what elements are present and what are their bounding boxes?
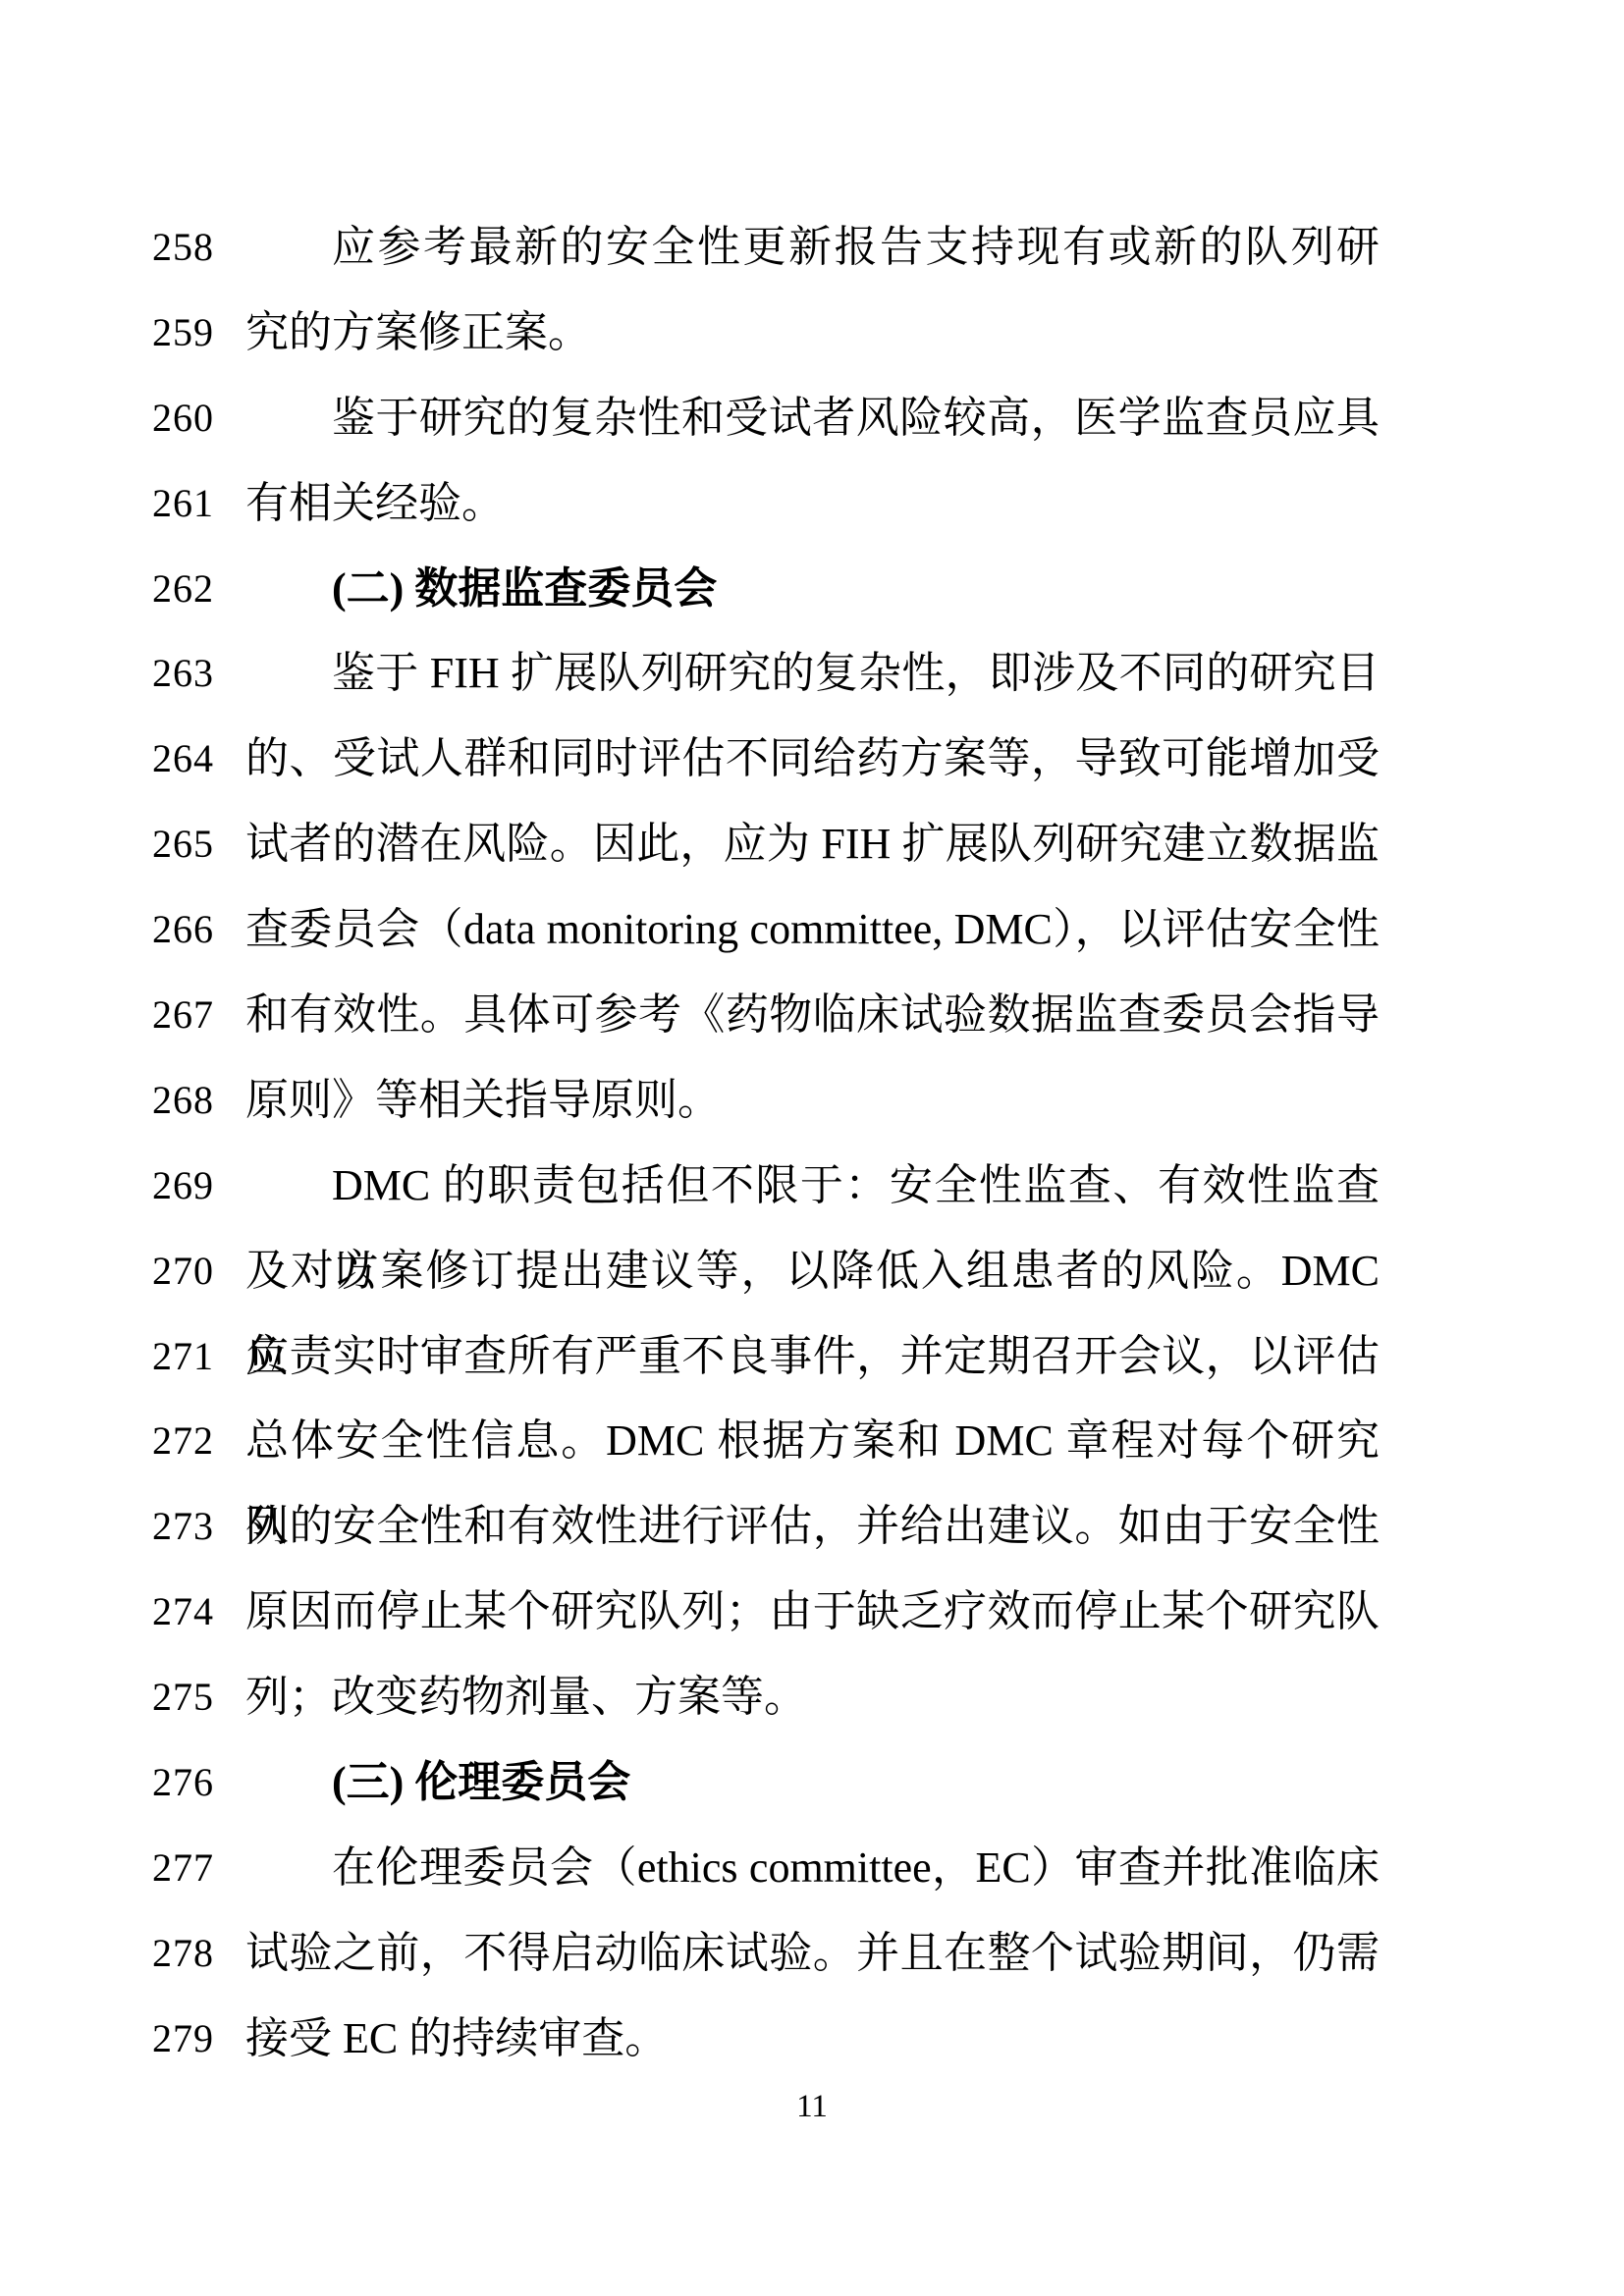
line-number: 277 bbox=[152, 1825, 214, 1910]
line-text: 和有效性。具体可参考《药物临床试验数据监查委员会指导 bbox=[245, 972, 1380, 1057]
document-line: 267 和有效性。具体可参考《药物临床试验数据监查委员会指导 bbox=[0, 972, 1624, 1057]
document-line: 269 DMC 的职责包括但不限于：安全性监查、有效性监查以 bbox=[0, 1143, 1624, 1228]
line-text: 有相关经验。 bbox=[245, 460, 1380, 546]
document-line: 261 有相关经验。 bbox=[0, 460, 1624, 546]
line-number: 271 bbox=[152, 1313, 214, 1399]
line-text: 在伦理委员会（ethics committee，EC）审查并批准临床 bbox=[245, 1825, 1380, 1910]
line-number: 258 bbox=[152, 204, 214, 290]
document-line: 274 原因而停止某个研究队列；由于缺乏疗效而停止某个研究队 bbox=[0, 1569, 1624, 1654]
line-text: 试者的潜在风险。因此，应为 FIH 扩展队列研究建立数据监 bbox=[245, 801, 1380, 886]
page-number: 11 bbox=[0, 2064, 1624, 2150]
line-number: 275 bbox=[152, 1654, 214, 1739]
section-heading-text: (二) 数据监查委员会 bbox=[245, 546, 1380, 631]
document-line: 277 在伦理委员会（ethics committee，EC）审查并批准临床 bbox=[0, 1825, 1624, 1910]
document-line: 278 试验之前，不得启动临床试验。并且在整个试验期间，仍需 bbox=[0, 1910, 1624, 1996]
line-text: 列；改变药物剂量、方案等。 bbox=[245, 1654, 1380, 1739]
line-text: 查委员会（data monitoring committee, DMC），以评估… bbox=[245, 886, 1380, 972]
line-text: 负责实时审查所有严重不良事件，并定期召开会议，以评估 bbox=[245, 1313, 1380, 1399]
line-number: 278 bbox=[152, 1910, 214, 1996]
line-number: 270 bbox=[152, 1228, 214, 1313]
line-text: 究的方案修正案。 bbox=[245, 290, 1380, 375]
document-line: 270 及对方案修订提出建议等，以降低入组患者的风险。DMC 应 bbox=[0, 1228, 1624, 1313]
line-text: 鉴于 FIH 扩展队列研究的复杂性，即涉及不同的研究目 bbox=[245, 630, 1380, 716]
document-line: 258 应参考最新的安全性更新报告支持现有或新的队列研 bbox=[0, 204, 1624, 290]
line-number: 262 bbox=[152, 546, 214, 631]
line-number: 264 bbox=[152, 716, 214, 801]
line-number: 263 bbox=[152, 630, 214, 716]
line-text: 试验之前，不得启动临床试验。并且在整个试验期间，仍需 bbox=[245, 1910, 1380, 1996]
section-heading-line: 276 (三) 伦理委员会 bbox=[0, 1739, 1624, 1825]
section-heading-line: 262 (二) 数据监查委员会 bbox=[0, 546, 1624, 631]
line-text: 列的安全性和有效性进行评估，并给出建议。如由于安全性 bbox=[245, 1483, 1380, 1569]
line-number: 268 bbox=[152, 1057, 214, 1143]
document-line: 263 鉴于 FIH 扩展队列研究的复杂性，即涉及不同的研究目 bbox=[0, 630, 1624, 716]
line-text: 的、受试人群和同时评估不同给药方案等，导致可能增加受 bbox=[245, 716, 1380, 801]
line-number: 274 bbox=[152, 1569, 214, 1654]
line-text: 原则》等相关指导原则。 bbox=[245, 1057, 1380, 1143]
document-body: 258 应参考最新的安全性更新报告支持现有或新的队列研 259 究的方案修正案。… bbox=[0, 204, 1624, 2081]
line-text: 及对方案修订提出建议等，以降低入组患者的风险。DMC 应 bbox=[245, 1228, 1380, 1313]
line-text: 鉴于研究的复杂性和受试者风险较高，医学监查员应具 bbox=[245, 375, 1380, 460]
document-line: 264 的、受试人群和同时评估不同给药方案等，导致可能增加受 bbox=[0, 716, 1624, 801]
line-number: 266 bbox=[152, 886, 214, 972]
line-number: 276 bbox=[152, 1739, 214, 1825]
document-line: 260 鉴于研究的复杂性和受试者风险较高，医学监查员应具 bbox=[0, 375, 1624, 460]
document-line: 265 试者的潜在风险。因此，应为 FIH 扩展队列研究建立数据监 bbox=[0, 801, 1624, 886]
line-number: 269 bbox=[152, 1143, 214, 1228]
line-number: 261 bbox=[152, 460, 214, 546]
document-line: 272 总体安全性信息。DMC 根据方案和 DMC 章程对每个研究队 bbox=[0, 1398, 1624, 1483]
section-heading-text: (三) 伦理委员会 bbox=[245, 1739, 1380, 1825]
line-text: DMC 的职责包括但不限于：安全性监查、有效性监查以 bbox=[245, 1143, 1380, 1228]
document-line: 273 列的安全性和有效性进行评估，并给出建议。如由于安全性 bbox=[0, 1483, 1624, 1569]
line-number: 260 bbox=[152, 375, 214, 460]
line-number: 267 bbox=[152, 972, 214, 1057]
document-line: 275 列；改变药物剂量、方案等。 bbox=[0, 1654, 1624, 1739]
line-text: 总体安全性信息。DMC 根据方案和 DMC 章程对每个研究队 bbox=[245, 1398, 1380, 1483]
line-number: 273 bbox=[152, 1483, 214, 1569]
document-line: 266 查委员会（data monitoring committee, DMC）… bbox=[0, 886, 1624, 972]
line-number: 259 bbox=[152, 290, 214, 375]
line-text: 原因而停止某个研究队列；由于缺乏疗效而停止某个研究队 bbox=[245, 1569, 1380, 1654]
document-line: 259 究的方案修正案。 bbox=[0, 290, 1624, 375]
document-page: 258 应参考最新的安全性更新报告支持现有或新的队列研 259 究的方案修正案。… bbox=[0, 0, 1624, 2296]
document-line: 268 原则》等相关指导原则。 bbox=[0, 1057, 1624, 1143]
document-line: 271 负责实时审查所有严重不良事件，并定期召开会议，以评估 bbox=[0, 1313, 1624, 1399]
line-text: 应参考最新的安全性更新报告支持现有或新的队列研 bbox=[245, 204, 1380, 290]
line-number: 265 bbox=[152, 801, 214, 886]
line-number: 272 bbox=[152, 1398, 214, 1483]
